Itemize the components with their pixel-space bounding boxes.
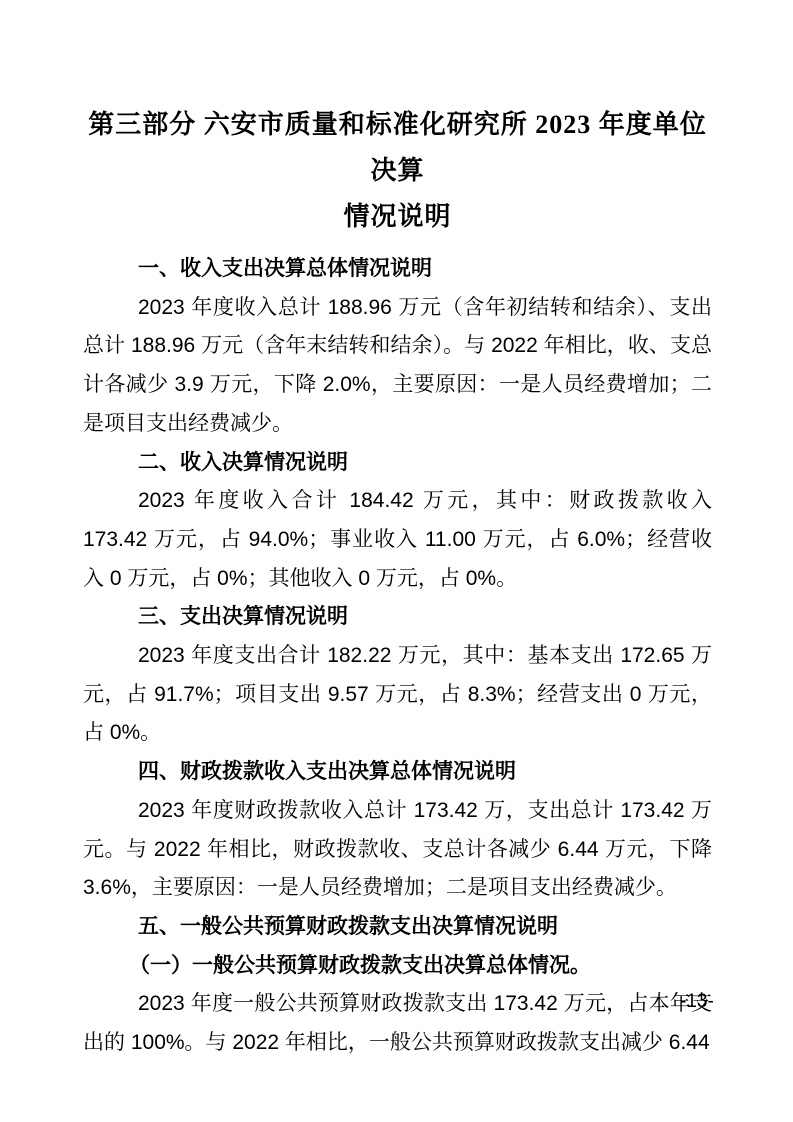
section-paragraph-3: 2023 年度支出合计 182.22 万元，其中：基本支出 172.65 万元，… <box>83 637 712 753</box>
document-page: 第三部分 六安市质量和标准化研究所 2023 年度单位决算 情况说明 一、收入支… <box>0 0 793 1122</box>
section-heading-1: 一、收入支出决算总体情况说明 <box>83 250 712 289</box>
section-paragraph-2: 2023 年度收入合计 184.42 万元，其中：财政拨款收入 173.42 万… <box>83 482 712 598</box>
section-heading-3: 三、支出决算情况说明 <box>83 598 712 637</box>
page-number: -13- <box>680 991 714 1013</box>
section-paragraph-4: 2023 年度财政拨款收入总计 173.42 万，支出总计 173.42 万元。… <box>83 792 712 908</box>
section-heading-4: 四、财政拨款收入支出决算总体情况说明 <box>83 753 712 792</box>
document-title-line1: 第三部分 六安市质量和标准化研究所 2023 年度单位决算 <box>83 102 712 194</box>
section-subheading-5: （一）一般公共预算财政拨款支出决算总体情况。 <box>83 947 712 986</box>
section-paragraph-1: 2023 年度收入总计 188.96 万元（含年初结转和结余）、支出总计 188… <box>83 289 712 444</box>
section-heading-5: 五、一般公共预算财政拨款支出决算情况说明 <box>83 908 712 947</box>
section-paragraph-5: 2023 年度一般公共预算财政拨款支出 173.42 万元，占本年支出的 100… <box>83 985 712 1062</box>
document-content: 第三部分 六安市质量和标准化研究所 2023 年度单位决算 情况说明 一、收入支… <box>83 102 712 1063</box>
title-gap <box>83 240 712 250</box>
document-title: 第三部分 六安市质量和标准化研究所 2023 年度单位决算 情况说明 <box>83 102 712 240</box>
document-title-line2: 情况说明 <box>83 194 712 240</box>
section-heading-2: 二、收入决算情况说明 <box>83 444 712 483</box>
